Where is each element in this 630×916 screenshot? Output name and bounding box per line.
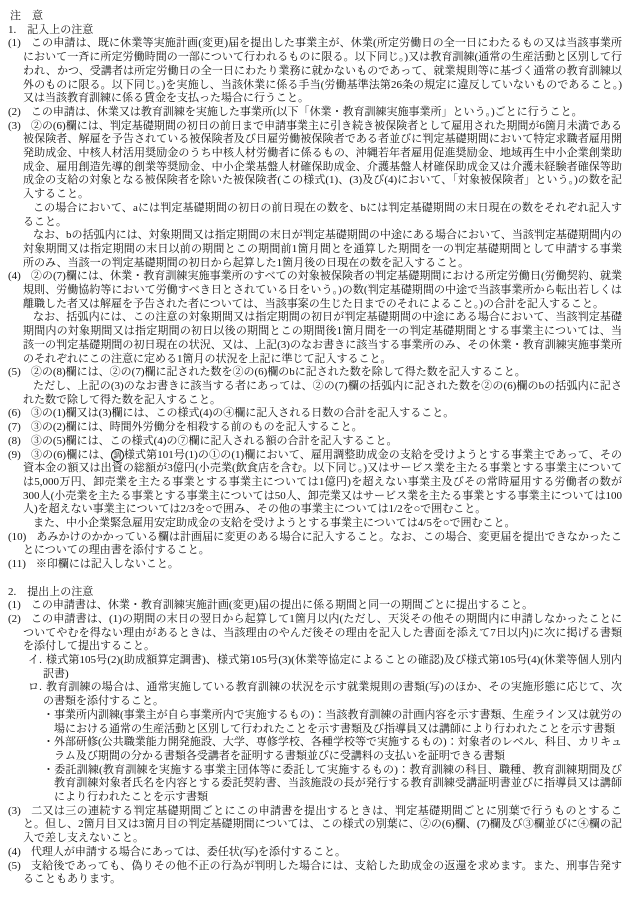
bullet-glyph: ・ — [43, 764, 54, 776]
note-item-text: 様式第105号(2)(助成額算定調書)、様式第105号(3)(休業等協定によるこ… — [43, 654, 622, 680]
notice-page: { "colors": { "ink": "#111111", "paper":… — [0, 0, 630, 916]
note-item-2-3: (3)二又は三の連続する判定基礎期間ごとにこの申請書を提出するときは、判定基礎期… — [8, 805, 622, 846]
note-item-text: ③の(5)欄には、この様式(4)の⑦欄に記入される額の合計を記入すること。 — [31, 435, 398, 447]
note-item-text: 支給後であっても、偽りその他不正の行為が判明した場合には、支給した助成金の返還を… — [23, 860, 622, 886]
note-item-text: 二又は三の連続する判定基礎期間ごとにこの申請書を提出するときは、判定基礎期間ごと… — [23, 805, 622, 844]
note-item-1-5: (5)②の(8)欄には、②の(7)欄に記された数を②の(6)欄のbに記された数を… — [8, 366, 622, 380]
section-1-heading: 1. 記入上の注意 — [8, 24, 622, 38]
document-title: 注 意 — [10, 10, 622, 24]
note-item-label: イ. — [28, 654, 42, 666]
note-item-label: (11) — [8, 558, 26, 570]
note-item-label: (8) — [8, 435, 21, 447]
note-item-2-5: (5)支給後であっても、偽りその他不正の行為が判明した場合には、支給した助成金の… — [8, 860, 622, 887]
note-item-label: ロ. — [28, 681, 42, 693]
note-item-text: この申請は、休業又は教育訓練を実施した事業所(以下「休業・教育訓練実施事業所」と… — [31, 106, 583, 118]
bullet-glyph: ・ — [43, 736, 54, 748]
note-item-text: この申請は、既に休業等実施計画(変更)届を提出した事業主が、休業(所定労働日の全… — [23, 37, 622, 104]
note-item-text: この申請書は、(1)の期間の末日の翌日から起算して1箇月以内(ただし、天災その他… — [23, 613, 622, 652]
note-item-text: 代理人が申請する場合にあっては、委任状(写)を添付すること。 — [31, 846, 346, 858]
note-bullet-external-training: ・外部研修(公共職業能力開発施設、大学、専修学校、各種学校等で実施するもの)：対… — [8, 736, 622, 763]
note-item-label: (7) — [8, 421, 21, 433]
note-item-text: 事業所内訓練(事業主が自ら事業所内で実施するもの)：当該教育訓練の計画内容を示す… — [54, 709, 622, 735]
note-item-label: (4) — [8, 846, 21, 858]
note-item-1-10: (10)あみかけのかかっている欄は計画届に変更のある場合に記入すること。なお、こ… — [8, 531, 622, 558]
note-subitem-ro: ロ.教育訓練の場合は、通常実施している教育訓練の状況を示す就業規則の書類(写)の… — [8, 681, 622, 708]
note-item-text: ②の(6)欄には、判定基礎期間の初日の前日まで申請事業主に引き続き被保険者として… — [23, 120, 622, 201]
note-item-text: ②の(7)欄には、休業・教育訓練実施事業所のすべての対象被保険者の判定基礎期間に… — [23, 270, 622, 309]
note-item-1-2: (2)この申請は、休業又は教育訓練を実施した事業所(以下「休業・教育訓練実施事業… — [8, 106, 622, 120]
note-item-label: (3) — [8, 120, 21, 132]
note-item-2-2: (2)この申請書は、(1)の期間の末日の翌日から起算して1箇月以内(ただし、天災… — [8, 613, 622, 654]
note-item-2-1: (1)この申請書は、休業・教育訓練実施計画(変更)届の提出に係る期間と同一の期間… — [8, 599, 622, 613]
note-item-text: ②の(8)欄には、②の(7)欄に記された数を②の(6)欄のbに記された数を除して… — [31, 366, 526, 378]
note-subparagraph: ただし、上記の(3)のなお書きに該当する者にあっては、②の(7)欄の括弧内に記さ… — [8, 380, 622, 407]
note-item-text: 外部研修(公共職業能力開発施設、大学、専修学校、各種学校等で実施するもの)：対象… — [54, 736, 622, 762]
note-item-1-1: (1)この申請は、既に休業等実施計画(変更)届を提出した事業主が、休業(所定労働… — [8, 37, 622, 106]
note-item-1-4: (4)②の(7)欄には、休業・教育訓練実施事業所のすべての対象被保険者の判定基礎… — [8, 270, 622, 311]
note-item-2-4: (4)代理人が申請する場合にあっては、委任状(写)を添付すること。 — [8, 846, 622, 860]
note-item-text: また、中小企業緊急雇用安定助成金の支給を受けようとする事業主については4/5を○… — [33, 517, 515, 529]
note-item-text: ③の(1)欄又は(3)欄には、この様式(4)の④欄に記入される日数の合計を記入す… — [31, 407, 454, 419]
note-item-label: (5) — [8, 860, 21, 872]
note-item-text: なお、bの括弧内には、対象期間又は指定期間の末日が判定基礎期間の中途にある場合に… — [23, 229, 622, 268]
note-item-text: ただし、上記の(3)のなお書きに該当する者にあっては、②の(7)欄の括弧内に記さ… — [23, 380, 622, 406]
note-item-text: なお、括弧内には、この注意の対象期間又は指定期間の初日が判定基礎期間の中途にある… — [23, 311, 622, 364]
note-bullet-onsite-training: ・事業所内訓練(事業主が自ら事業所内で実施するもの)：当該教育訓練の計画内容を示… — [8, 709, 622, 736]
note-bullet-outsourced-training: ・委託訓練(教育訓練を実施する事業主団体等に委託して実施するもの)：教育訓練の科… — [8, 764, 622, 805]
section-2-heading: 2. 提出上の注意 — [8, 586, 622, 600]
note-item-label: (2) — [8, 613, 21, 625]
note-item-1-8: (8)③の(5)欄には、この様式(4)の⑦欄に記入される額の合計を記入すること。 — [8, 435, 622, 449]
note-item-text: ③の(6)欄には、 — [31, 449, 111, 461]
note-item-1-11: (11)※印欄には記入しないこと。 — [8, 558, 622, 572]
note-item-text: 教育訓練の場合は、通常実施している教育訓練の状況を示す就業規則の書類(写)のほか… — [43, 681, 622, 707]
note-subparagraph: なお、括弧内には、この注意の対象期間又は指定期間の初日が判定基礎期間の中途にある… — [8, 311, 622, 366]
note-item-label: (5) — [8, 366, 21, 378]
circled-chou-mark: 調 — [111, 449, 124, 462]
note-subparagraph: この場合において、aには判定基礎期間の初日の前日現在の数を、bには判定基礎期間の… — [8, 202, 622, 229]
note-item-label: (1) — [8, 37, 21, 49]
note-item-text: ③の(2)欄には、時間外労働分を相殺する前のものを記入すること。 — [31, 421, 363, 433]
note-item-1-6: (6)③の(1)欄又は(3)欄には、この様式(4)の④欄に記入される日数の合計を… — [8, 407, 622, 421]
note-item-1-3: (3)②の(6)欄には、判定基礎期間の初日の前日まで申請事業主に引き続き被保険者… — [8, 120, 622, 202]
note-item-label: (3) — [8, 805, 21, 817]
note-item-label: (10) — [8, 531, 26, 543]
note-item-label: (6) — [8, 407, 21, 419]
note-item-label: (2) — [8, 106, 21, 118]
note-item-text: 委託訓練(教育訓練を実施する事業主団体等に委託して実施するもの)：教育訓練の科目… — [54, 764, 622, 803]
note-item-label: (4) — [8, 270, 21, 282]
note-subparagraph: なお、bの括弧内には、対象期間又は指定期間の末日が判定基礎期間の中途にある場合に… — [8, 229, 622, 270]
note-item-label: (1) — [8, 599, 21, 611]
note-item-1-7: (7)③の(2)欄には、時間外労働分を相殺する前のものを記入すること。 — [8, 421, 622, 435]
note-item-text: この申請書は、休業・教育訓練実施計画(変更)届の提出に係る期間と同一の期間ごとに… — [31, 599, 533, 611]
note-subparagraph: また、中小企業緊急雇用安定助成金の支給を受けようとする事業主については4/5を○… — [8, 517, 622, 531]
note-item-text: この場合において、aには判定基礎期間の初日の前日現在の数を、bには判定基礎期間の… — [23, 202, 622, 228]
note-item-text: あみかけのかかっている欄は計画届に変更のある場合に記入すること。なお、この場合、… — [23, 531, 622, 557]
note-item-text: ※印欄には記入しないこと。 — [36, 558, 179, 570]
bullet-glyph: ・ — [43, 709, 54, 721]
note-subitem-i: イ.様式第105号(2)(助成額算定調書)、様式第105号(3)(休業等協定によ… — [8, 654, 622, 681]
note-item-label: (9) — [8, 449, 21, 461]
note-item-1-9: (9)③の(6)欄には、調様式第101号(1)の①の(1)欄において、雇用調整助… — [8, 449, 622, 518]
